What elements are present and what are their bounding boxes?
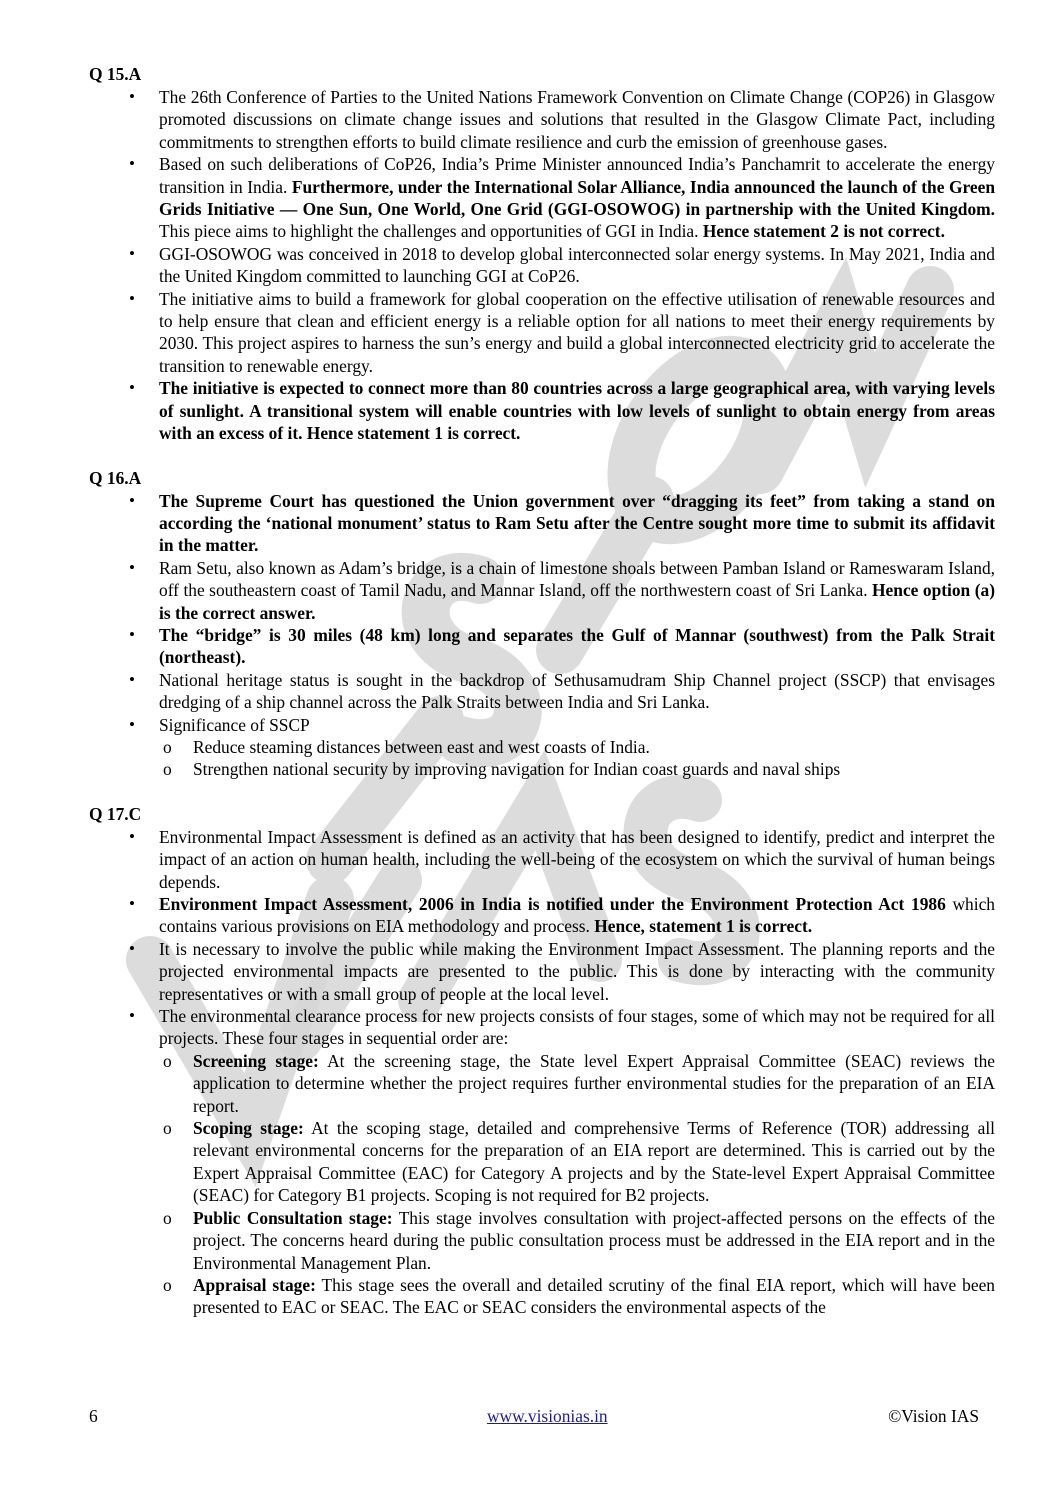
sub-bullet-item: Public Consultation stage: This stage in… xyxy=(159,1207,995,1274)
sub-bullet-list: Reduce steaming distances between east a… xyxy=(159,736,995,781)
page-number: 6 xyxy=(89,1406,98,1427)
text-run: At the scoping stage, detailed and compr… xyxy=(193,1118,995,1205)
sub-bullet-item: Screening stage: At the screening stage,… xyxy=(159,1050,995,1117)
bullet-item: The environmental clearance process for … xyxy=(89,1005,995,1050)
bullet-item: The initiative aims to build a framework… xyxy=(89,288,995,378)
text-run: Ram Setu, also known as Adam’s bridge, i… xyxy=(159,558,995,600)
sub-bullet-list: Screening stage: At the screening stage,… xyxy=(159,1050,995,1319)
text-run: This piece aims to highlight the challen… xyxy=(159,221,703,241)
bold-text: Environment Impact Assessment, 2006 in I… xyxy=(159,894,946,914)
bullet-item: The 26th Conference of Parties to the Un… xyxy=(89,86,995,153)
page-footer: 6 www.visionias.in ©Vision IAS xyxy=(89,1406,979,1430)
question-heading: Q 15.A xyxy=(89,63,995,85)
copyright-text: ©Vision IAS xyxy=(888,1406,979,1427)
text-run: GGI-OSOWOG was conceived in 2018 to deve… xyxy=(159,244,995,286)
bullet-list: Environmental Impact Assessment is defin… xyxy=(89,826,995,1319)
bullet-item: GGI-OSOWOG was conceived in 2018 to deve… xyxy=(89,243,995,288)
bold-text: The Supreme Court has questioned the Uni… xyxy=(159,491,995,556)
website-link[interactable]: www.visionias.in xyxy=(487,1406,608,1427)
sub-list-container: Screening stage: At the screening stage,… xyxy=(89,1050,995,1319)
sub-bullet-item: Scoping stage: At the scoping stage, det… xyxy=(159,1117,995,1207)
answer-section: Q 15.AThe 26th Conference of Parties to … xyxy=(89,63,995,445)
bullet-item: The Supreme Court has questioned the Uni… xyxy=(89,490,995,557)
bullet-item: Based on such deliberations of CoP26, In… xyxy=(89,153,995,243)
bold-text: The initiative is expected to connect mo… xyxy=(159,378,995,443)
bullet-item: Environmental Impact Assessment is defin… xyxy=(89,826,995,893)
bold-text: Public Consultation stage: xyxy=(193,1208,393,1228)
bullet-item: Significance of SSCP xyxy=(89,714,995,736)
bold-text: Hence, statement 1 is correct. xyxy=(594,916,812,936)
bold-text: The “bridge” is 30 miles (48 km) long an… xyxy=(159,625,995,667)
text-run: Significance of SSCP xyxy=(159,715,310,735)
text-run: It is necessary to involve the public wh… xyxy=(159,939,995,1004)
text-run: The initiative aims to build a framework… xyxy=(159,289,995,376)
bullet-item: Ram Setu, also known as Adam’s bridge, i… xyxy=(89,557,995,624)
bold-text: Appraisal stage: xyxy=(193,1275,316,1295)
answer-section: Q 16.AThe Supreme Court has questioned t… xyxy=(89,467,995,781)
text-run: Environmental Impact Assessment is defin… xyxy=(159,827,995,892)
bullet-item: The “bridge” is 30 miles (48 km) long an… xyxy=(89,624,995,669)
text-run: National heritage status is sought in th… xyxy=(159,670,995,712)
question-heading: Q 17.C xyxy=(89,803,995,825)
bullet-list: The 26th Conference of Parties to the Un… xyxy=(89,86,995,445)
answer-section: Q 17.CEnvironmental Impact Assessment is… xyxy=(89,803,995,1319)
bold-text: Screening stage: xyxy=(193,1051,319,1071)
text-run: The 26th Conference of Parties to the Un… xyxy=(159,87,995,152)
sub-bullet-item: Reduce steaming distances between east a… xyxy=(159,736,995,758)
bullet-list: The Supreme Court has questioned the Uni… xyxy=(89,490,995,781)
text-run: The environmental clearance process for … xyxy=(159,1006,995,1048)
bullet-item: It is necessary to involve the public wh… xyxy=(89,938,995,1005)
bullet-item: Environment Impact Assessment, 2006 in I… xyxy=(89,893,995,938)
bold-text: Scoping stage: xyxy=(193,1118,304,1138)
bullet-item: The initiative is expected to connect mo… xyxy=(89,377,995,444)
bold-text: Hence statement 2 is not correct. xyxy=(703,221,945,241)
question-heading: Q 16.A xyxy=(89,467,995,489)
text-run: Reduce steaming distances between east a… xyxy=(193,737,650,757)
sub-list-container: Reduce steaming distances between east a… xyxy=(89,736,995,781)
bullet-item: National heritage status is sought in th… xyxy=(89,669,995,714)
sub-bullet-item: Appraisal stage: This stage sees the ove… xyxy=(159,1274,995,1319)
text-run: Strengthen national security by improvin… xyxy=(193,759,840,779)
sub-bullet-item: Strengthen national security by improvin… xyxy=(159,758,995,780)
document-page: Q 15.AThe 26th Conference of Parties to … xyxy=(89,63,995,1341)
